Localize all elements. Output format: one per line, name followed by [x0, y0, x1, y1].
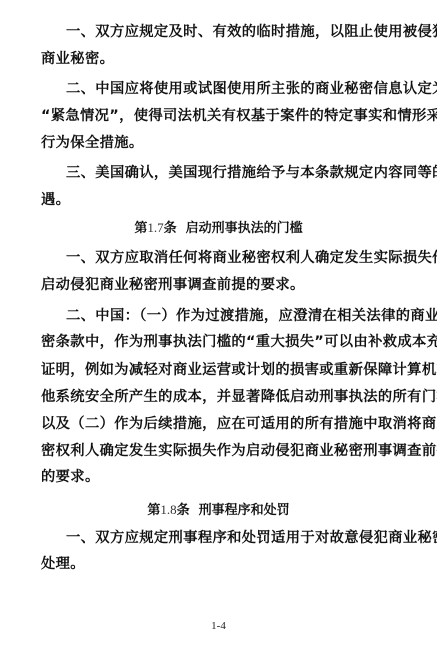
paragraph-line: 三、美国确认，美国现行措施给予与本条款规定内容同等的待: [66, 164, 399, 182]
paragraph-line: 一、双方应规定及时、有效的临时措施，以阻止使用被侵犯的: [66, 23, 399, 41]
article-suffix: 条: [177, 503, 190, 518]
paragraph-line: 的要求。: [41, 468, 399, 486]
article-title: 刑事程序和处罚: [199, 503, 290, 518]
article-number: 1.7: [147, 220, 163, 235]
paragraph-line: 启动侵犯商业秘密刑事调查前提的要求。: [41, 276, 399, 294]
paragraph-line: 以及（二）作为后续措施，应在可适用的所有措施中取消将商业秘: [41, 415, 399, 433]
paragraph-line: 遇。: [41, 191, 399, 209]
paragraph-line: 证明，例如为减轻对商业运营或计划的损害或重新保障计算机或其: [41, 361, 399, 379]
article-prefix: 第: [147, 503, 160, 518]
paragraph-line: 商业秘密。: [41, 50, 399, 68]
paragraph-line: 一、双方应取消任何将商业秘密权利人确定发生实际损失作为: [66, 249, 399, 267]
paragraph-line: 一、双方应规定刑事程序和处罚适用于对故意侵犯商业秘密的: [66, 529, 399, 547]
paragraph-line: 密权利人确定发生实际损失作为启动侵犯商业秘密刑事调查前提: [41, 442, 399, 460]
article-heading-1-8: 第1.8条 刑事程序和处罚: [0, 501, 437, 520]
article-suffix: 条: [164, 221, 177, 236]
paragraph-line: 行为保全措施。: [41, 134, 399, 152]
page-number: 1-4: [0, 620, 437, 632]
article-prefix: 第: [134, 221, 147, 236]
paragraph-line: 他系统安全所产生的成本，并显著降低启动刑事执法的所有门槛；: [41, 388, 399, 406]
paragraph-line: 密条款中，作为刑事执法门槛的“重大损失”可以由补救成本充分: [41, 333, 399, 351]
paragraph-line: 二、中国：（一）作为过渡措施，应澄清在相关法律的商业秘: [66, 307, 399, 325]
article-number: 1.8: [160, 502, 176, 517]
paragraph-line: 二、中国应将使用或试图使用所主张的商业秘密信息认定为: [66, 80, 399, 98]
article-title: 启动刑事执法的门槛: [186, 221, 303, 236]
paragraph-line: 处理。: [41, 555, 399, 573]
paragraph-line: “紧急情况”，使得司法机关有权基于案件的特定事实和情形采取: [41, 107, 399, 125]
article-heading-1-7: 第1.7条 启动刑事执法的门槛: [0, 219, 437, 238]
